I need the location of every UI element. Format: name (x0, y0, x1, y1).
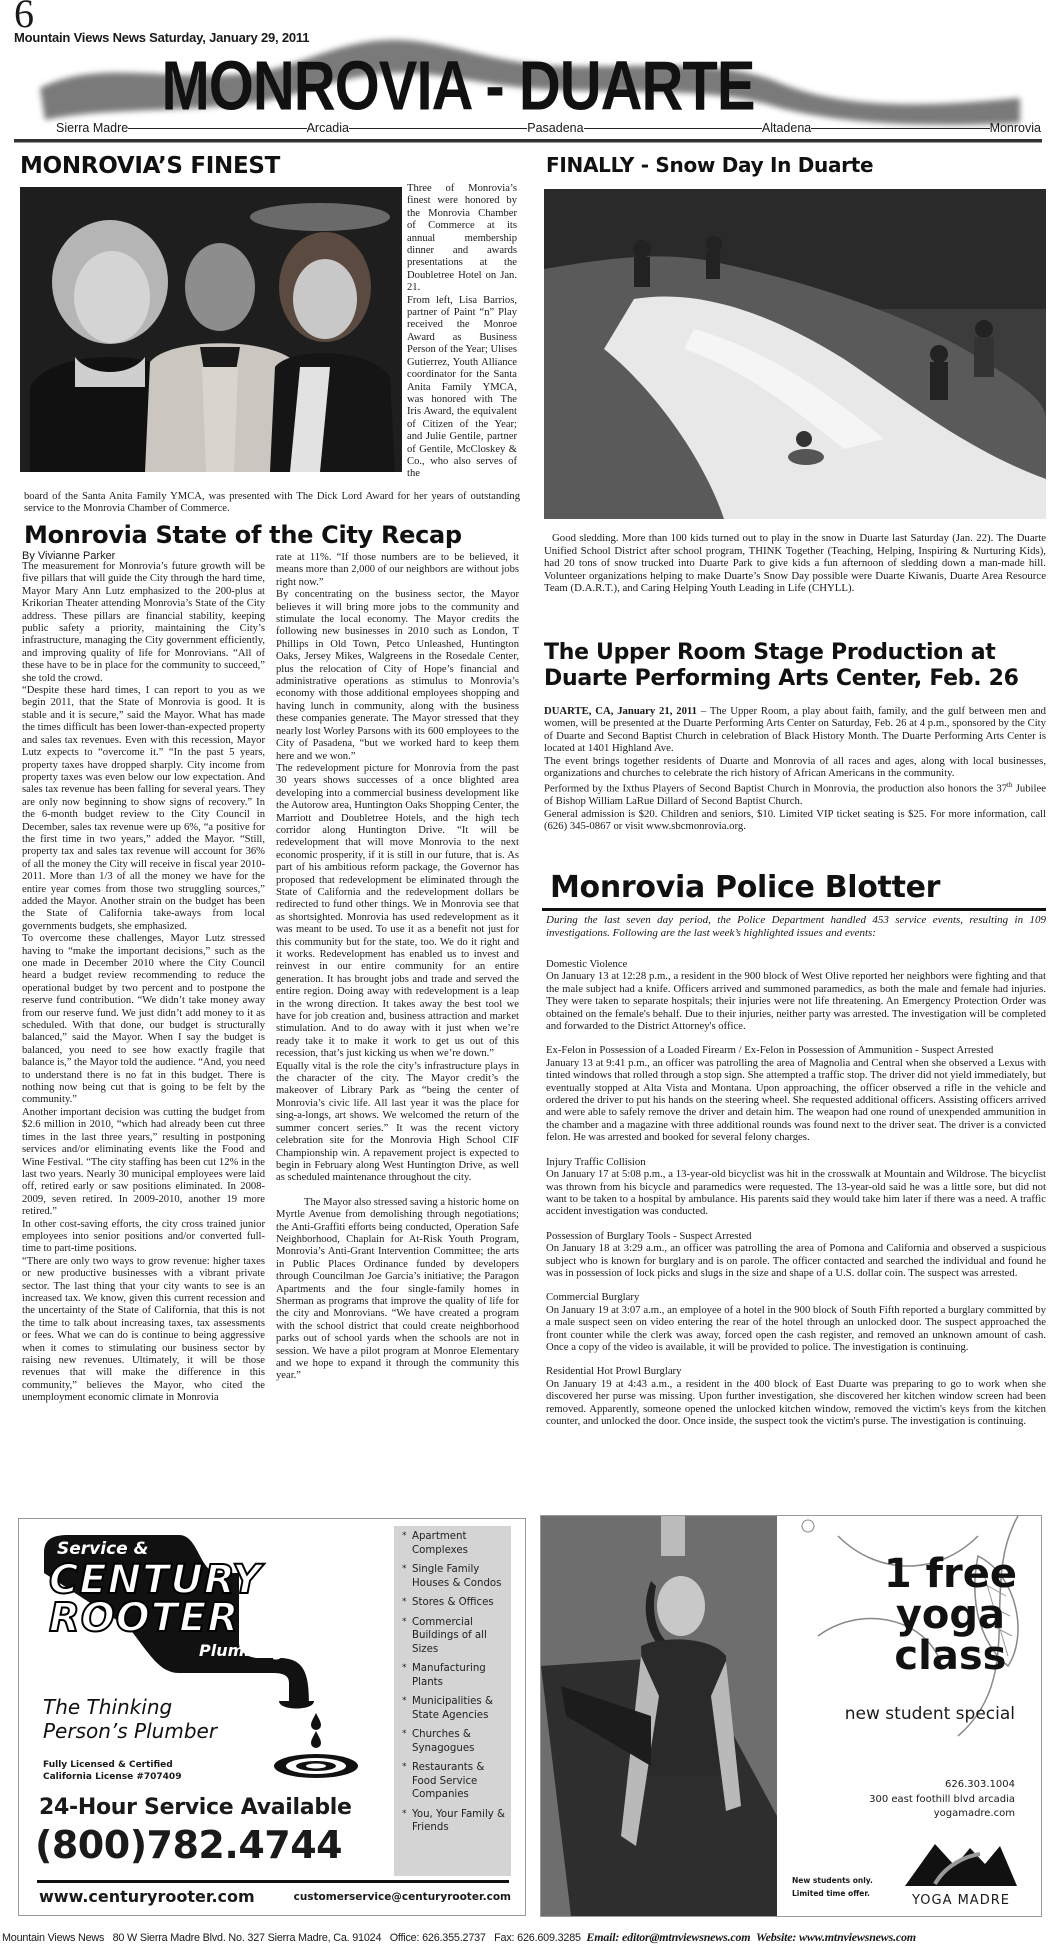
asterisk-icon: * (402, 1695, 412, 1722)
asterisk-icon: * (402, 1761, 412, 1802)
rooter-service-item: *Commercial Buildings of all Sizes (402, 1616, 507, 1657)
town-label: Monrovia (990, 121, 1041, 135)
recap-column-2: rate at 11%. “If those numbers are to be… (276, 552, 519, 1383)
blotter-item-text: On January 18 at 3:29 a.m., an officer w… (546, 1242, 1046, 1279)
yoga-phone[interactable]: 626.303.1004 (869, 1778, 1015, 1793)
footer-email-label: Email: (586, 1930, 619, 1944)
rooter-license: Fully Licensed & Certified California Li… (43, 1759, 181, 1783)
mountain-logo-icon (905, 1836, 1017, 1888)
rooter-phone[interactable]: (800)782.4744 (35, 1823, 342, 1867)
masthead-town-list: Sierra Madre Arcadia Pasadena Altadena M… (56, 120, 1041, 136)
town-divider-line (349, 128, 527, 129)
footer-address: 80 W Sierra Madre Blvd. No. 327 Sierra M… (113, 1932, 382, 1944)
town-label: Sierra Madre (56, 121, 128, 135)
yoga-headline: 1 free yoga class (884, 1554, 1017, 1677)
footer-website-label: Website: (756, 1930, 796, 1944)
finest-tail-text: board of the Santa Anita Family YMCA, wa… (24, 491, 520, 516)
blotter-headline: Monrovia Police Blotter (550, 870, 940, 905)
yoga-ad-text-panel: 1 free yoga class new student special 62… (778, 1516, 1041, 1916)
blotter-item-text: On January 17 at 5:08 p.m., a 13-year-ol… (546, 1168, 1046, 1218)
blotter-item-title: Commercial Burglary (546, 1291, 1046, 1303)
footer-fax: Fax: 626.609.3285 (494, 1932, 581, 1944)
rooter-service-item: *Manufacturing Plants (402, 1662, 507, 1689)
blotter-item-text: On January 19 at 3:07 a.m., an employee … (546, 1304, 1046, 1354)
rooter-service-label: Service & (57, 1539, 148, 1559)
century-rooter-ad[interactable]: Service & CENTURY ROOTER Plumbing The Th… (18, 1518, 526, 1916)
upper-room-paragraph: General admission is $20. Children and s… (544, 808, 1046, 833)
recap-paragraph: To overcome these challenges, Mayor Lutz… (22, 933, 265, 1107)
rooter-website-link[interactable]: www.centuryrooter.com (39, 1887, 255, 1906)
rooter-service-item: *You, Your Family & Friends (402, 1808, 507, 1835)
yoga-website-link[interactable]: yogamadre.com (869, 1807, 1015, 1822)
upper-room-paragraph: DUARTE, CA, January 21, 2011 – The Upper… (544, 705, 1046, 755)
rooter-brand-name: CENTURY ROOTER (49, 1561, 262, 1637)
asterisk-icon: * (402, 1808, 412, 1835)
blotter-item: Commercial Burglary On January 19 at 3:0… (546, 1291, 1046, 1353)
water-drop-ripple-icon (271, 1711, 361, 1781)
section-title: MONROVIA - DUARTE (0, 46, 1056, 126)
asterisk-icon: * (402, 1616, 412, 1657)
blotter-item: Possession of Burglary Tools - Suspect A… (546, 1230, 1046, 1280)
recap-headline: Monrovia State of the City Recap (24, 521, 462, 549)
blotter-item: Residential Hot Prowl Burglary On Januar… (546, 1365, 1046, 1427)
recap-paragraph: Another important decision was cutting t… (22, 1107, 265, 1219)
asterisk-icon: * (402, 1662, 412, 1689)
rooter-service-item: *Churches & Synagogues (402, 1728, 507, 1755)
recap-paragraph: Equally vital is the role the city’s inf… (276, 1061, 519, 1185)
asterisk-icon: * (402, 1596, 412, 1610)
snow-headline: FINALLY - Snow Day In Duarte (546, 153, 873, 177)
footer-email-link[interactable]: editor@mtnviewsnews.com (622, 1930, 750, 1944)
recap-paragraph: The Mayor also stressed saving a histori… (276, 1197, 519, 1383)
recap-paragraph: In other cost-saving efforts, the city c… (22, 1219, 265, 1256)
town-divider-line (811, 128, 989, 129)
blotter-item-title: Residential Hot Prowl Burglary (546, 1365, 1046, 1377)
rooter-divider (37, 1880, 509, 1883)
asterisk-icon: * (402, 1530, 412, 1557)
footer-website-link[interactable]: www.mtnviewsnews.com (799, 1930, 916, 1944)
finest-paragraph: From left, Lisa Barrios, partner of Pain… (407, 295, 517, 481)
rooter-services-list: *Apartment Complexes *Single Family Hous… (394, 1526, 511, 1876)
yoga-contact: 626.303.1004 300 east foothill blvd arca… (869, 1778, 1015, 1822)
asterisk-icon: * (402, 1563, 412, 1590)
town-label: Pasadena (527, 121, 583, 135)
yoga-address: 300 east foothill blvd arcadia (869, 1793, 1015, 1808)
rooter-service-item: *Stores & Offices (402, 1596, 507, 1610)
dateline: Mountain Views News Saturday, January 29… (14, 30, 309, 45)
rooter-email-link[interactable]: customerservice@centuryrooter.com (294, 1891, 511, 1903)
rooter-tagline: The Thinking Person’s Plumber (43, 1695, 217, 1743)
blotter-items: Domestic Violence On January 13 at 12:28… (546, 958, 1046, 1439)
yoga-madre-logo: YOGA MADRE (905, 1836, 1017, 1908)
photo-placeholder-icon (20, 187, 402, 472)
blotter-item-text: January 13 at 9:41 p.m., an officer was … (546, 1057, 1046, 1144)
blotter-item: Ex-Felon in Possession of a Loaded Firea… (546, 1044, 1046, 1143)
page-footer: Mountain Views News 80 W Sierra Madre Bl… (0, 1930, 1056, 1945)
yoga-offer-note: New students only. Limited time offer. (792, 1874, 873, 1900)
blotter-item-title: Injury Traffic Collision (546, 1156, 1046, 1168)
blotter-rule (542, 908, 1046, 911)
photo-placeholder-icon (544, 189, 1046, 519)
yoga-subhead: new student special (845, 1704, 1015, 1724)
yoga-madre-ad[interactable]: 1 free yoga class new student special 62… (540, 1515, 1042, 1917)
recap-paragraph: The redevelopment picture for Monrovia f… (276, 763, 519, 1061)
asterisk-icon: * (402, 1728, 412, 1755)
sbcmonrovia-link[interactable]: www.sbcmonrovia.org (646, 820, 743, 832)
rooter-plumbing-label: Plumbing (199, 1641, 284, 1660)
blotter-item: Domestic Violence On January 13 at 12:28… (546, 958, 1046, 1032)
finest-side-text: Three of Monrovia’s finest were honored … (407, 183, 517, 481)
rooter-service-item: *Single Family Houses & Condos (402, 1563, 507, 1590)
rooter-service-item: *Municipalities & State Agencies (402, 1695, 507, 1722)
recap-paragraph: “There are only two ways to grow revenue… (22, 1256, 265, 1405)
recap-paragraph: The measurement for Monrovia’s future gr… (22, 561, 265, 685)
town-label: Arcadia (307, 121, 349, 135)
finest-headline: MONROVIA’S FINEST (20, 153, 280, 179)
upper-room-dateline: DUARTE, CA, January 21, 2011 (544, 705, 697, 717)
rooter-service-item: *Apartment Complexes (402, 1530, 507, 1557)
blotter-intro: During the last seven day period, the Po… (546, 914, 1046, 939)
blotter-item-title: Possession of Burglary Tools - Suspect A… (546, 1230, 1046, 1242)
yoga-photo (541, 1516, 777, 1916)
upper-room-headline: The Upper Room Stage Production at Duart… (544, 640, 1054, 692)
footer-office: Office: 626.355.2737 (390, 1932, 486, 1944)
blotter-item-title: Ex-Felon in Possession of a Loaded Firea… (546, 1044, 1046, 1056)
town-label: Altadena (762, 121, 811, 135)
recap-paragraph: rate at 11%. “If those numbers are to be… (276, 552, 519, 589)
recap-column-1: The measurement for Monrovia’s future gr… (22, 561, 265, 1405)
town-divider-line (128, 128, 306, 129)
blotter-item-text: On January 13 at 12:28 p.m., a resident … (546, 970, 1046, 1032)
upper-room-paragraph: Performed by the Ixthus Players of Secon… (544, 779, 1046, 807)
yoga-brand-name: YOGA MADRE (905, 1893, 1017, 1908)
town-divider-line (584, 128, 762, 129)
rooter-service-item: *Restaurants & Food Service Companies (402, 1761, 507, 1802)
snow-photo (544, 189, 1046, 519)
recap-paragraph: “Despite these hard times, I can report … (22, 685, 265, 933)
blotter-item-text: On January 19 at 4:43 a.m., a resident i… (546, 1378, 1046, 1428)
upper-room-body: DUARTE, CA, January 21, 2011 – The Upper… (544, 705, 1046, 833)
snow-caption: Good sledding. More than 100 kids turned… (544, 532, 1046, 595)
photo-placeholder-icon (541, 1516, 777, 1916)
blotter-item-title: Domestic Violence (546, 958, 1046, 970)
masthead-rule (14, 139, 1042, 143)
finest-photo (20, 187, 402, 472)
upper-room-paragraph: The event brings together residents of D… (544, 755, 1046, 780)
blotter-item: Injury Traffic Collision On January 17 a… (546, 1156, 1046, 1218)
recap-paragraph: By concentrating on the business sector,… (276, 589, 519, 763)
finest-paragraph: Three of Monrovia’s finest were honored … (407, 183, 517, 295)
rooter-24-hour: 24-Hour Service Available (39, 1795, 352, 1820)
footer-publisher: Mountain Views News (2, 1932, 104, 1944)
